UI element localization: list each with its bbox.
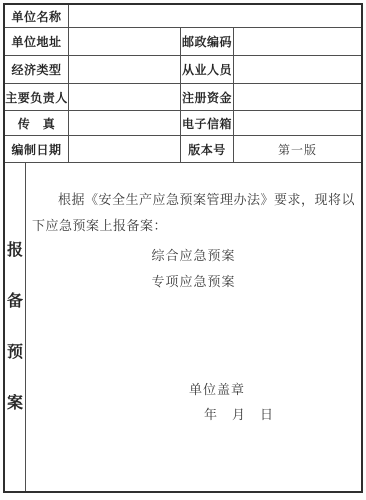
filing-side-header: 报 备 预 案 xyxy=(5,163,26,491)
version-value-cell: 第一版 xyxy=(234,136,361,162)
registered-capital-label: 注册资金 xyxy=(182,89,232,106)
table-row: 主要负责人 注册资金 xyxy=(5,84,361,111)
side-char-yu: 预 xyxy=(7,342,23,363)
employees-label-cell: 从业人员 xyxy=(181,56,234,83)
principal-label-cell: 主要负责人 xyxy=(5,84,69,110)
fax-label-cell: 传 真 xyxy=(5,111,69,135)
filing-section-row: 报 备 预 案 根据《安全生产应急预案管理办法》要求，现将以 下应急预案上报备案… xyxy=(5,163,361,491)
version-label: 版本号 xyxy=(188,141,226,158)
unit-name-label-cell: 单位名称 xyxy=(5,5,69,27)
filing-form-table: 单位名称 单位地址 邮政编码 经济类型 xyxy=(3,3,363,493)
fax-label: 传 真 xyxy=(18,115,56,132)
unit-address-value-cell xyxy=(69,28,181,55)
unit-name-label: 单位名称 xyxy=(11,8,61,25)
principal-value-cell xyxy=(69,84,181,110)
email-label-cell: 电子信箱 xyxy=(181,111,234,135)
side-char-bao: 报 xyxy=(7,240,23,261)
principal-label: 主要负责人 xyxy=(5,89,68,106)
table-row: 单位名称 xyxy=(5,5,361,28)
compile-date-value-cell xyxy=(69,136,181,162)
email-label: 电子信箱 xyxy=(182,115,232,132)
fax-value-cell xyxy=(69,111,181,135)
postal-code-label: 邮政编码 xyxy=(182,33,232,50)
filing-statement-line2: 下应急预案上报备案： xyxy=(32,213,355,239)
version-value: 第一版 xyxy=(278,141,317,158)
compile-date-label-cell: 编制日期 xyxy=(5,136,69,162)
date-label: 年 月 日 xyxy=(32,403,355,427)
table-row: 传 真 电子信箱 xyxy=(5,111,361,136)
economic-type-label: 经济类型 xyxy=(11,61,61,78)
employees-label: 从业人员 xyxy=(182,61,232,78)
filing-content: 根据《安全生产应急预案管理办法》要求，现将以 下应急预案上报备案： 综合应急预案… xyxy=(26,163,361,491)
table-row: 经济类型 从业人员 xyxy=(5,56,361,84)
employees-value-cell xyxy=(234,56,361,83)
registered-capital-value-cell xyxy=(234,84,361,110)
economic-type-label-cell: 经济类型 xyxy=(5,56,69,83)
side-char-bei: 备 xyxy=(7,291,23,312)
unit-address-label: 单位地址 xyxy=(11,33,61,50)
compile-date-label: 编制日期 xyxy=(11,141,61,158)
email-value-cell xyxy=(234,111,361,135)
document-sheet: 单位名称 单位地址 邮政编码 经济类型 xyxy=(0,0,366,500)
table-row: 编制日期 版本号 第一版 xyxy=(5,136,361,163)
plan-item-special: 专项应急预案 xyxy=(32,269,355,295)
postal-code-value-cell xyxy=(234,28,361,55)
filing-statement-line1: 根据《安全生产应急预案管理办法》要求，现将以 xyxy=(32,187,355,213)
unit-address-label-cell: 单位地址 xyxy=(5,28,69,55)
unit-name-value-cell xyxy=(69,5,361,27)
registered-capital-label-cell: 注册资金 xyxy=(181,84,234,110)
side-char-an: 案 xyxy=(7,393,23,414)
economic-type-value-cell xyxy=(69,56,181,83)
unit-seal-label: 单位盖章 xyxy=(32,377,355,403)
postal-code-label-cell: 邮政编码 xyxy=(181,28,234,55)
table-row: 单位地址 邮政编码 xyxy=(5,28,361,56)
plan-item-comprehensive: 综合应急预案 xyxy=(32,243,355,269)
version-label-cell: 版本号 xyxy=(181,136,234,162)
